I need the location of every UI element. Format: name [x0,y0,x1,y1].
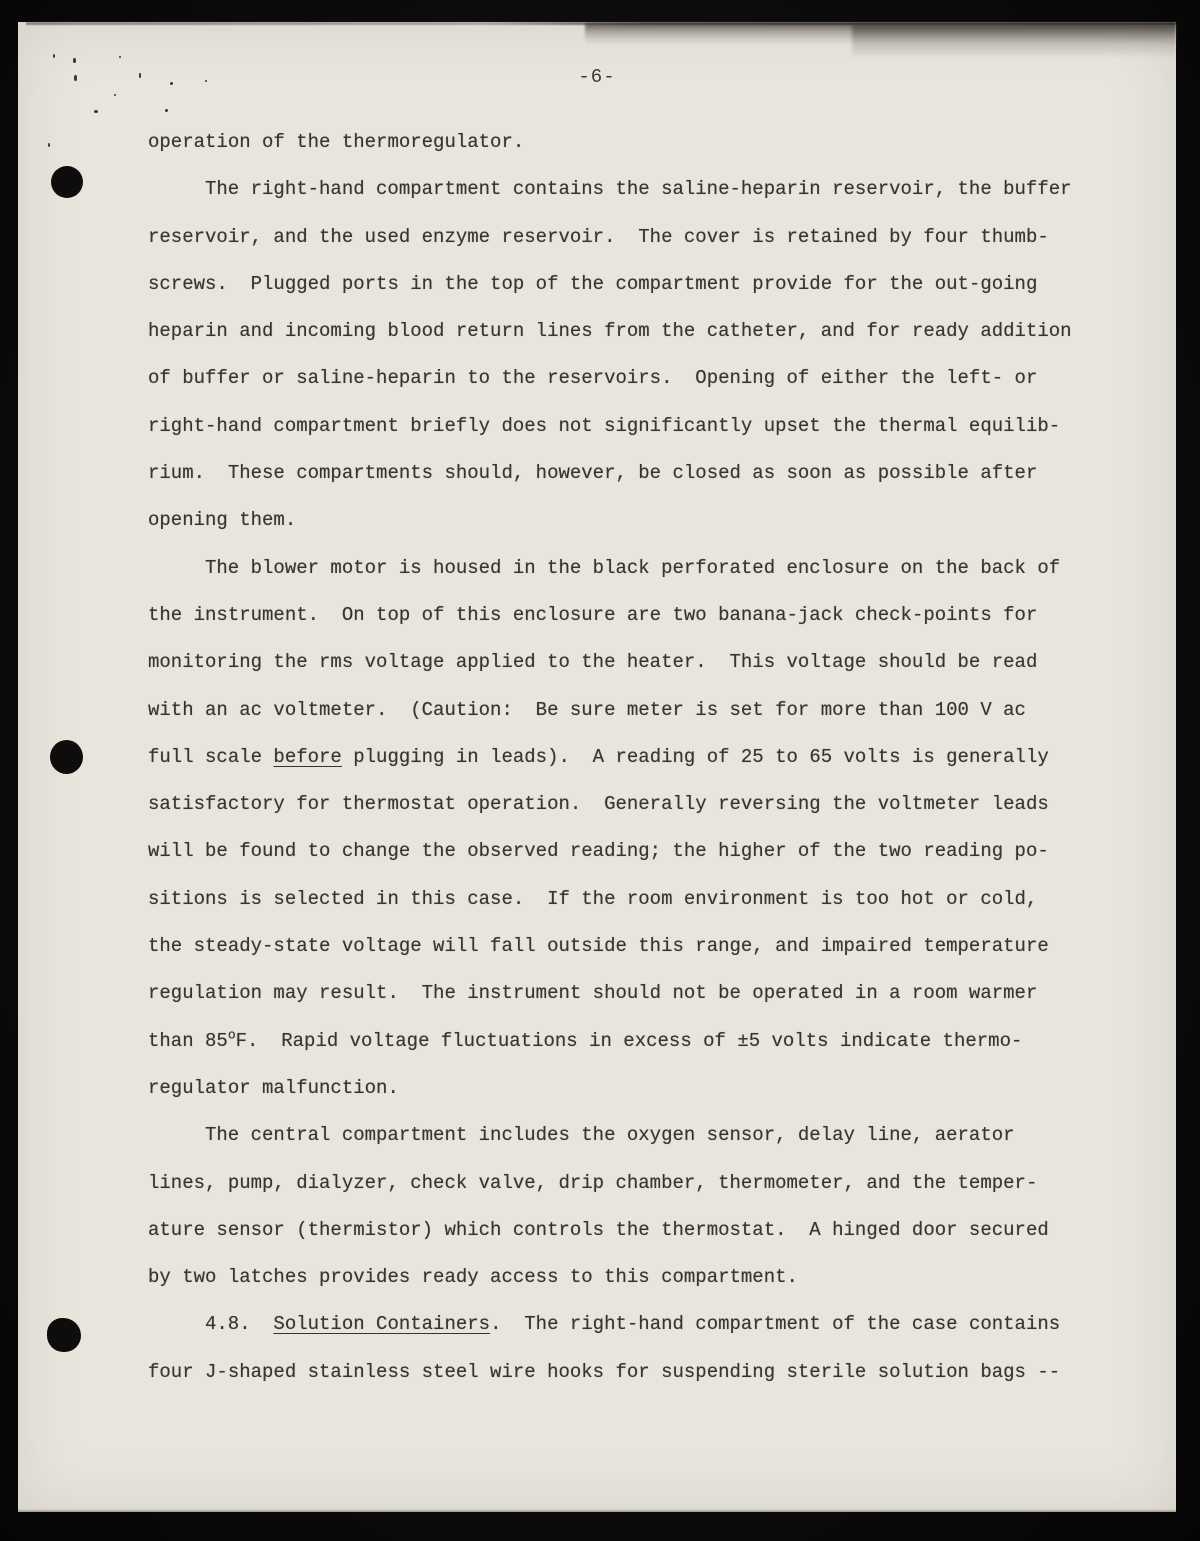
text-line: 4.8. Solution Containers. The right-hand… [148,1301,1108,1348]
underlined-text: Solution Containers [273,1313,490,1335]
text-segment: full scale [148,746,273,768]
text-segment: the instrument. On top of this enclosure… [148,604,1037,626]
text-segment: the steady-state voltage will fall outsi… [148,935,1049,957]
page-number: -6- [18,66,1176,88]
text-line: screws. Plugged ports in the top of the … [148,261,1108,308]
text-segment: four J-shaped stainless steel wire hooks… [148,1361,1060,1383]
text-segment: heparin and incoming blood return lines … [148,320,1072,342]
text-line: regulator malfunction. [148,1065,1108,1112]
text-line: opening them. [148,497,1108,544]
text-line: The right-hand compartment contains the … [148,166,1108,213]
ink-speck [119,56,121,58]
text-segment: right-hand compartment briefly does not … [148,415,1060,437]
text-line: rium. These compartments should, however… [148,450,1108,497]
ink-speck [73,58,76,63]
ink-speck [48,143,50,147]
text-line: of buffer or saline-heparin to the reser… [148,355,1108,402]
text-segment: with an ac voltmeter. (Caution: Be sure … [148,699,1026,721]
text-segment: lines, pump, dialyzer, check valve, drip… [148,1172,1037,1194]
text-segment: plugging in leads). A reading of 25 to 6… [342,746,1049,768]
page-bottom-edge [18,1509,1176,1512]
text-line: will be found to change the observed rea… [148,828,1108,875]
text-segment: reservoir, and the used enzyme reservoir… [148,226,1049,248]
punch-hole [50,740,83,774]
text-segment: of buffer or saline-heparin to the reser… [148,367,1037,389]
text-segment: . The right-hand compartment of the case… [490,1313,1060,1335]
text-line: ature sensor (thermistor) which controls… [148,1207,1108,1254]
text-segment: screws. Plugged ports in the top of the … [148,273,1037,295]
text-line: heparin and incoming blood return lines … [148,308,1108,355]
text-line: lines, pump, dialyzer, check valve, drip… [148,1160,1108,1207]
ink-speck [165,109,168,112]
text-line: the instrument. On top of this enclosure… [148,592,1108,639]
text-line: monitoring the rms voltage applied to th… [148,639,1108,686]
text-line: sitions is selected in this case. If the… [148,876,1108,923]
text-line: full scale before plugging in leads). A … [148,734,1108,781]
ink-speck [53,54,55,58]
text-segment: regulator malfunction. [148,1077,399,1099]
ink-speck [94,110,98,113]
text-line: regulation may result. The instrument sh… [148,970,1108,1017]
text-segment: opening them. [148,509,296,531]
text-line: with an ac voltmeter. (Caution: Be sure … [148,687,1108,734]
text-segment: sitions is selected in this case. If the… [148,888,1037,910]
punch-hole [47,1318,81,1352]
ink-speck [114,94,116,96]
text-segment: satisfactory for thermostat operation. G… [148,793,1049,815]
text-line: right-hand compartment briefly does not … [148,403,1108,450]
scan-smudge [852,24,1176,58]
text-segment: 4.8. [205,1313,273,1335]
text-line: four J-shaped stainless steel wire hooks… [148,1349,1108,1396]
text-segment: than 85 [148,1030,228,1052]
text-line: reservoir, and the used enzyme reservoir… [148,214,1108,261]
text-segment: The right-hand compartment contains the … [205,178,1072,200]
text-segment: operation of the thermoregulator. [148,131,524,153]
text-segment: The central compartment includes the oxy… [205,1124,1015,1146]
superscript-text: o [228,1027,236,1042]
underlined-text: before [273,746,341,768]
text-segment: The blower motor is housed in the black … [205,557,1060,579]
text-segment: rium. These compartments should, however… [148,462,1037,484]
text-segment: ature sensor (thermistor) which controls… [148,1219,1049,1241]
text-line: The blower motor is housed in the black … [148,545,1108,592]
punch-hole [51,166,83,198]
text-segment: will be found to change the observed rea… [148,840,1049,862]
text-line: than 85oF. Rapid voltage fluctuations in… [148,1018,1108,1065]
document-body: operation of the thermoregulator.The rig… [148,119,1108,1396]
text-line: the steady-state voltage will fall outsi… [148,923,1108,970]
text-line: by two latches provides ready access to … [148,1254,1108,1301]
text-line: The central compartment includes the oxy… [148,1112,1108,1159]
text-line: satisfactory for thermostat operation. G… [148,781,1108,828]
text-segment: monitoring the rms voltage applied to th… [148,651,1037,673]
text-segment: F. Rapid voltage fluctuations in excess … [236,1030,1023,1052]
text-segment: regulation may result. The instrument sh… [148,982,1037,1004]
text-segment: by two latches provides ready access to … [148,1266,798,1288]
document-page: -6- operation of the thermoregulator.The… [18,22,1176,1512]
text-line: operation of the thermoregulator. [148,119,1108,166]
